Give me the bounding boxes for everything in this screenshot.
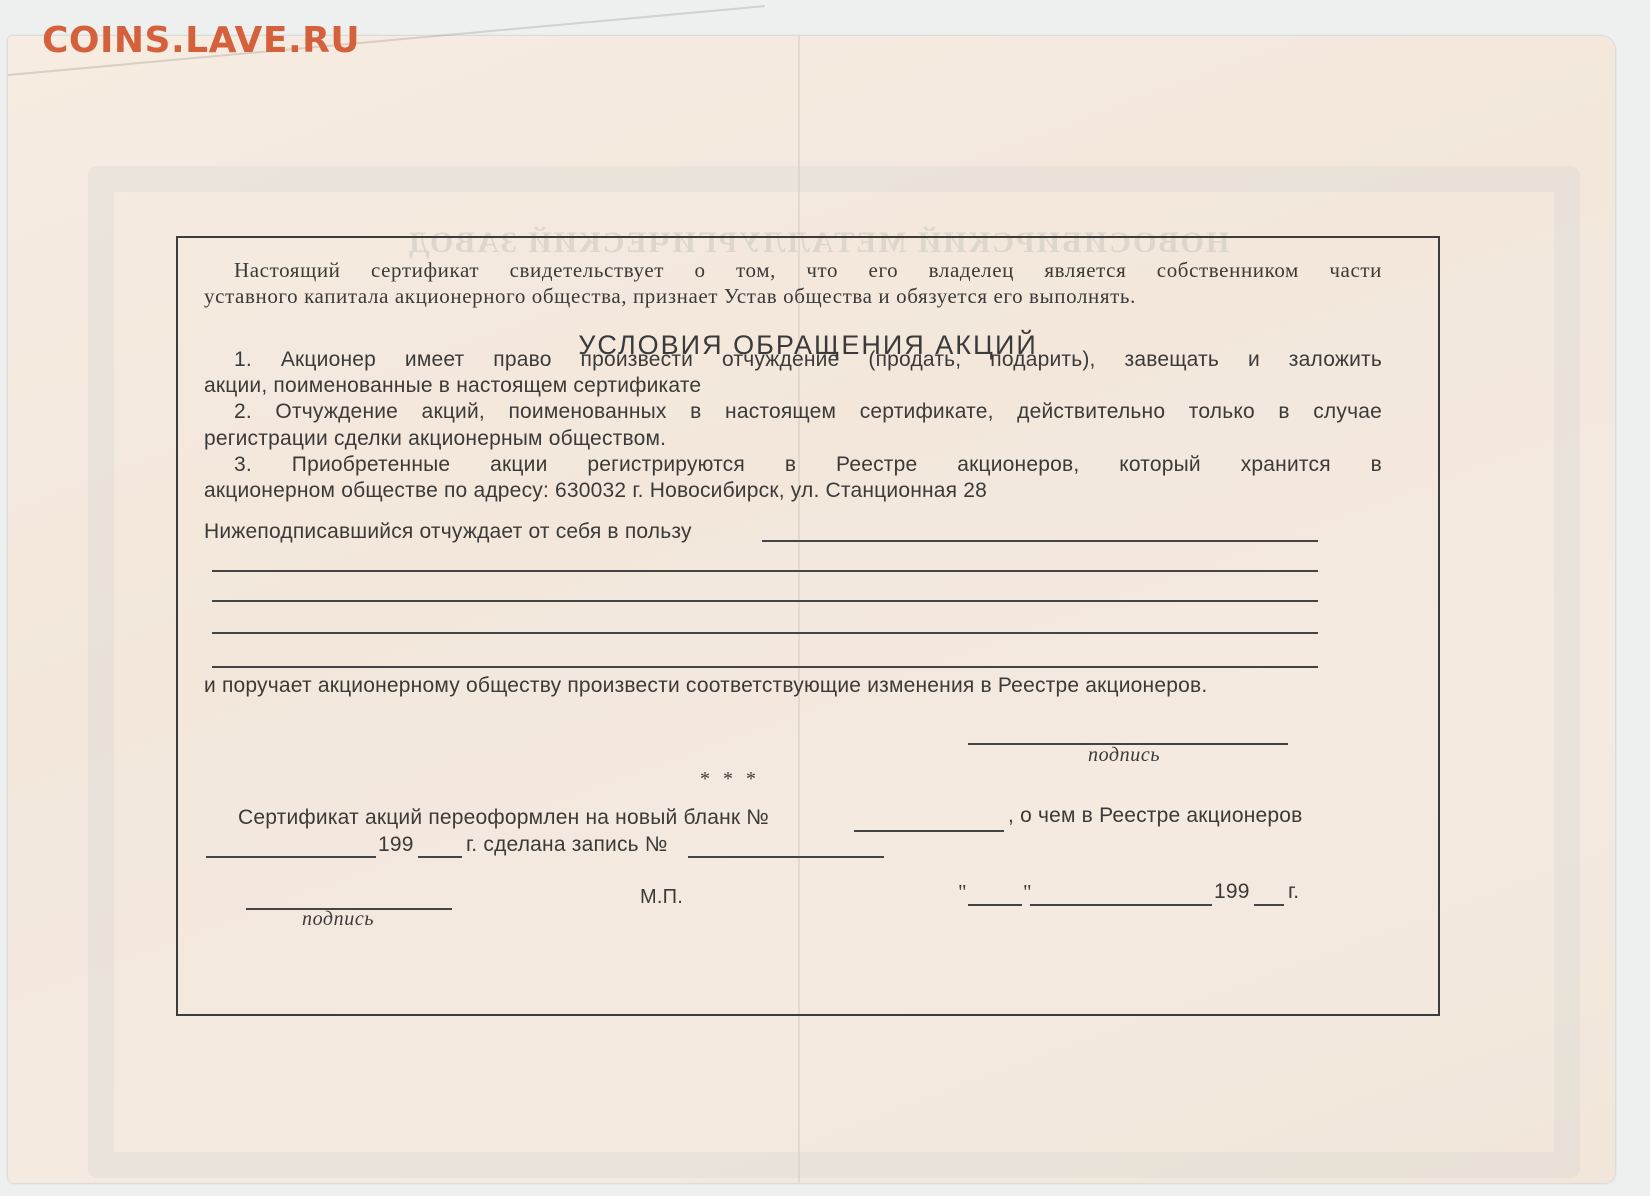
reissue-year-prefix: 199 bbox=[378, 833, 414, 857]
condition-3-line-2: акционерном обществе по адресу: 630032 г… bbox=[204, 479, 987, 503]
reissue-signature-label: подпись bbox=[302, 908, 374, 931]
record-number-field[interactable] bbox=[688, 856, 884, 858]
transferee-field-line-4[interactable] bbox=[212, 632, 1318, 634]
date-suffix: г. bbox=[1288, 880, 1299, 904]
reissue-line-2b: г. сделана запись № bbox=[466, 833, 668, 857]
intro-line-2: уставного капитала акционерного общества… bbox=[204, 284, 1136, 309]
reissue-year-field[interactable] bbox=[418, 856, 462, 858]
transferee-field-line-1[interactable] bbox=[762, 540, 1318, 542]
intro-line-1: Настоящий сертификат свидетельствует о т… bbox=[234, 258, 1382, 283]
transferee-field-line-5[interactable] bbox=[212, 666, 1318, 668]
transfer-signature-label: подпись bbox=[1088, 744, 1160, 767]
section-separator: * * * bbox=[700, 768, 760, 791]
condition-1-line-1: 1. Акционер имеет право произвести отчуж… bbox=[234, 348, 1382, 372]
site-watermark: COINS.LAVE.RU bbox=[42, 20, 360, 61]
date-year-prefix: 199 bbox=[1214, 880, 1250, 904]
transferee-field-line-2[interactable] bbox=[212, 570, 1318, 572]
condition-2-line-2: регистрации сделки акционерным обществом… bbox=[204, 427, 666, 451]
transferee-field-line-3[interactable] bbox=[212, 600, 1318, 602]
new-blank-number-field[interactable] bbox=[854, 830, 1004, 832]
conditions-frame: Настоящий сертификат свидетельствует о т… bbox=[176, 236, 1440, 1016]
date-year-field[interactable] bbox=[1254, 904, 1284, 906]
date-month-field[interactable] bbox=[1030, 904, 1212, 906]
transfer-instruction: и поручает акционерному обществу произве… bbox=[204, 674, 1207, 698]
reissue-line-1b: , о чем в Реестре акционеров bbox=[1008, 804, 1303, 828]
condition-3-line-1: 3. Приобретенные акции регистрируются в … bbox=[234, 453, 1382, 477]
date-quote-open: " bbox=[958, 880, 967, 905]
reissue-date-field[interactable] bbox=[206, 856, 376, 858]
transfer-label: Нижеподписавшийся отчуждает от себя в по… bbox=[204, 520, 692, 544]
reissue-line-1a: Сертификат акций переоформлен на новый б… bbox=[238, 806, 769, 830]
date-day-field[interactable] bbox=[968, 904, 1022, 906]
condition-2-line-1: 2. Отчуждение акций, поименованных в нас… bbox=[234, 400, 1382, 424]
date-quote-close: " bbox=[1023, 880, 1032, 905]
condition-1-line-2: акции, поименованные в настоящем сертифи… bbox=[204, 374, 701, 398]
stamp-label: М.П. bbox=[640, 886, 683, 909]
